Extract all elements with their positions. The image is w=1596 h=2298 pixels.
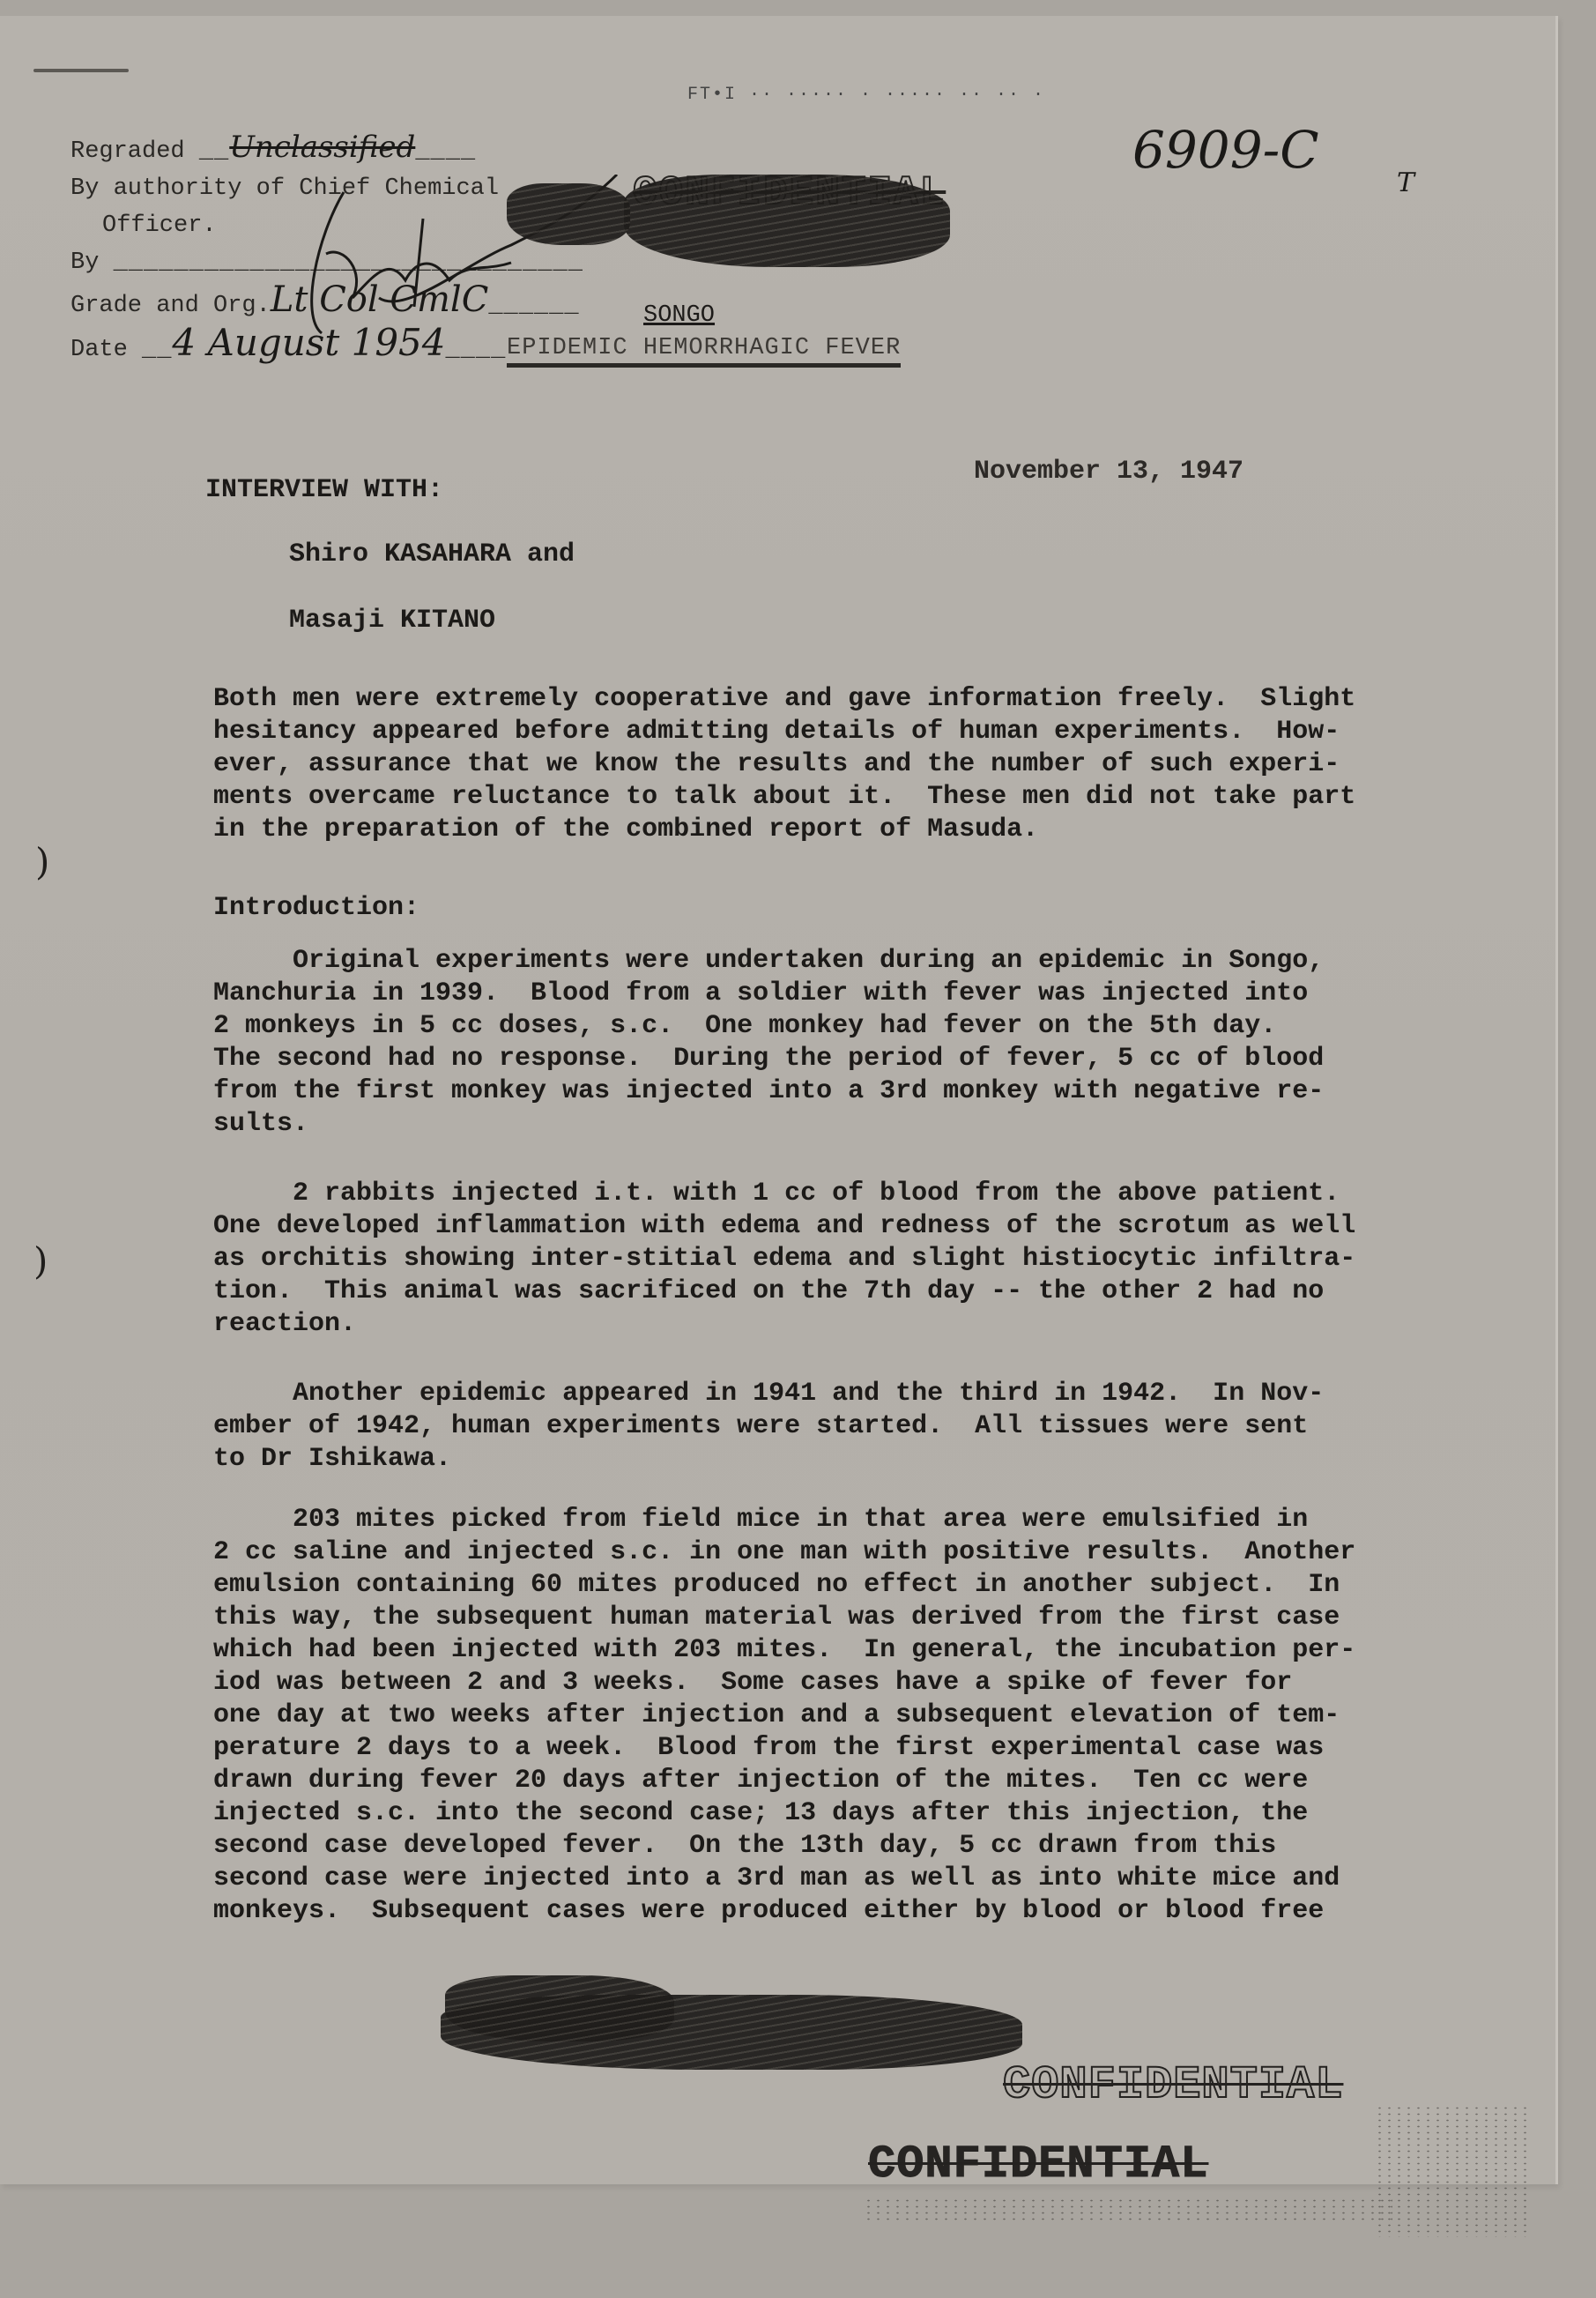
regraded-value: Unclassified <box>229 130 415 165</box>
margin-mark-2: ) <box>33 1239 48 1283</box>
regraded-row: Regraded __Unclassified____ <box>71 129 583 170</box>
paragraph-mites: 203 mites picked from field mice in that… <box>213 1504 1385 1928</box>
by-label: By <box>71 249 99 276</box>
faded-header-remnant: FT•I ·· ····· · ····· ·· ·· · <box>687 85 1045 105</box>
document-page: Regraded __Unclassified____ By authority… <box>0 16 1558 2184</box>
paragraph-rabbits: 2 rabbits injected i.t. with 1 cc of blo… <box>213 1178 1385 1341</box>
staple-mark <box>33 69 129 72</box>
document-date: November 13, 1947 <box>974 457 1243 487</box>
toner-speckle <box>1375 2105 1533 2237</box>
subject-location: SONGO <box>643 302 715 329</box>
reference-number: 6909-C <box>1132 120 1319 180</box>
grade-label: Grade and Org. <box>71 293 271 319</box>
subject-topic: EPIDEMIC HEMORRHAGIC FEVER <box>507 335 901 368</box>
redaction-top <box>624 175 950 267</box>
redaction-bottom <box>441 1995 1022 2070</box>
paragraph-original-experiments: Original experiments were undertaken dur… <box>213 945 1385 1141</box>
margin-mark-top: T <box>1397 167 1414 198</box>
toner-speckle-bottom <box>864 2198 1392 2224</box>
interview-heading: INTERVIEW WITH: <box>205 474 443 507</box>
paragraph-epidemics: Another epidemic appeared in 1941 and th… <box>213 1378 1385 1476</box>
margin-mark-1: ) <box>35 840 49 883</box>
redaction-top-left <box>507 183 630 245</box>
paragraph-cooperation: Both men were extremely cooperative and … <box>213 683 1385 846</box>
section-heading-introduction: Introduction: <box>213 892 1385 925</box>
confidential-stamp-bottom-2: CONFIDENTIAL <box>868 2138 1208 2190</box>
interviewee-2: Masaji KITANO <box>289 605 495 637</box>
regraded-label: Regraded <box>71 138 185 165</box>
date-label: Date <box>71 337 128 363</box>
interviewee-1: Shiro KASAHARA and <box>289 539 575 571</box>
confidential-stamp-bottom-1: CONFIDENTIAL <box>1003 2059 1343 2111</box>
